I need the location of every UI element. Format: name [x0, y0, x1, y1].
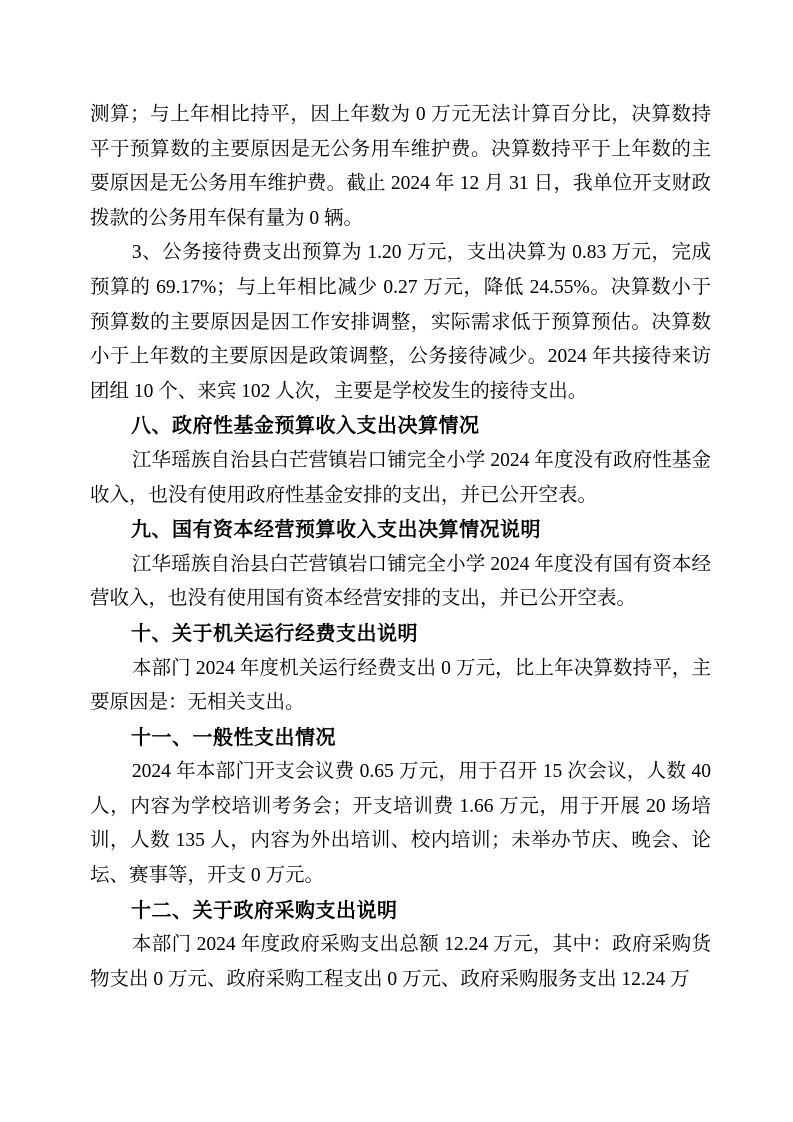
section-heading: 九、国有资本经营预算收入支出决算情况说明 [90, 513, 711, 548]
section-heading: 十二、关于政府采购支出说明 [90, 894, 711, 929]
body-paragraph: 测算；与上年相比持平，因上年数为 0 万元无法计算百分比，决算数持平于预算数的主… [90, 98, 711, 236]
body-paragraph: 3、公务接待费支出预算为 1.20 万元，支出决算为 0.83 万元，完成预算的… [90, 236, 711, 409]
body-paragraph: 本部门 2024 年度政府采购支出总额 12.24 万元，其中：政府采购货物支出… [90, 928, 711, 997]
section-heading: 十一、一般性支出情况 [90, 721, 711, 756]
document-body: 测算；与上年相比持平，因上年数为 0 万元无法计算百分比，决算数持平于预算数的主… [90, 98, 711, 997]
body-paragraph: 江华瑶族自治县白芒营镇岩口铺完全小学 2024 年度没有政府性基金收入，也没有使… [90, 444, 711, 513]
body-paragraph: 本部门 2024 年度机关运行经费支出 0 万元，比上年决算数持平，主要原因是：… [90, 652, 711, 721]
body-paragraph: 江华瑶族自治县白芒营镇岩口铺完全小学 2024 年度没有国有资本经营收入，也没有… [90, 548, 711, 617]
section-heading: 八、政府性基金预算收入支出决算情况 [90, 409, 711, 444]
body-paragraph: 2024 年本部门开支会议费 0.65 万元，用于召开 15 次会议，人数 40… [90, 755, 711, 893]
section-heading: 十、关于机关运行经费支出说明 [90, 617, 711, 652]
document-page: 测算；与上年相比持平，因上年数为 0 万元无法计算百分比，决算数持平于预算数的主… [0, 0, 793, 1122]
